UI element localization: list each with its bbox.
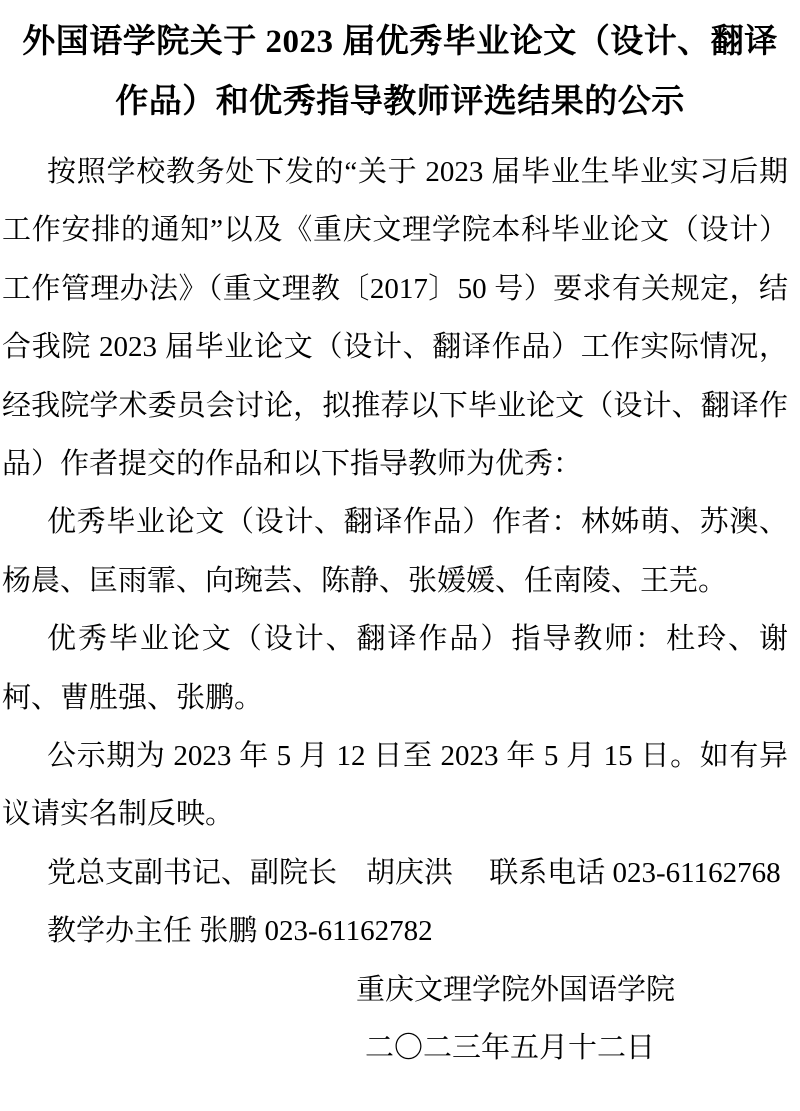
paragraph-thesis-authors: 优秀毕业论文（设计、翻译作品）作者：林姊萌、苏澳、杨晨、匡雨霏、向琬芸、陈静、张… (2, 493, 788, 610)
notice-body: 按照学校教务处下发的“关于 2023 届毕业生毕业实习后期工作安排的通知”以及《… (0, 143, 800, 1078)
signature-organization: 重庆文理学院外国语学院 (2, 961, 788, 1019)
notice-title-line-1: 外国语学院关于 2023 届优秀毕业论文（设计、翻译 (0, 12, 800, 72)
notice-document-page: 外国语学院关于 2023 届优秀毕业论文（设计、翻译 作品）和优秀指导教师评选结… (0, 0, 800, 1111)
paragraph-publicity-period: 公示期为 2023 年 5 月 12 日至 2023 年 5 月 15 日。如有… (2, 727, 788, 844)
paragraph-advisors: 优秀毕业论文（设计、翻译作品）指导教师：杜玲、谢柯、曹胜强、张鹏。 (2, 610, 788, 727)
paragraph-intro: 按照学校教务处下发的“关于 2023 届毕业生毕业实习后期工作安排的通知”以及《… (2, 143, 788, 493)
contact-line-office-director: 教学办主任 张鹏 023-61162782 (2, 902, 788, 960)
contact-line-secretary: 党总支副书记、副院长 胡庆洪 联系电话 023-61162768 (2, 844, 788, 902)
notice-title-line-2: 作品）和优秀指导教师评选结果的公示 (0, 72, 800, 132)
notice-title: 外国语学院关于 2023 届优秀毕业论文（设计、翻译 作品）和优秀指导教师评选结… (0, 0, 800, 132)
signature-date: 二〇二三年五月十二日 (2, 1019, 788, 1077)
